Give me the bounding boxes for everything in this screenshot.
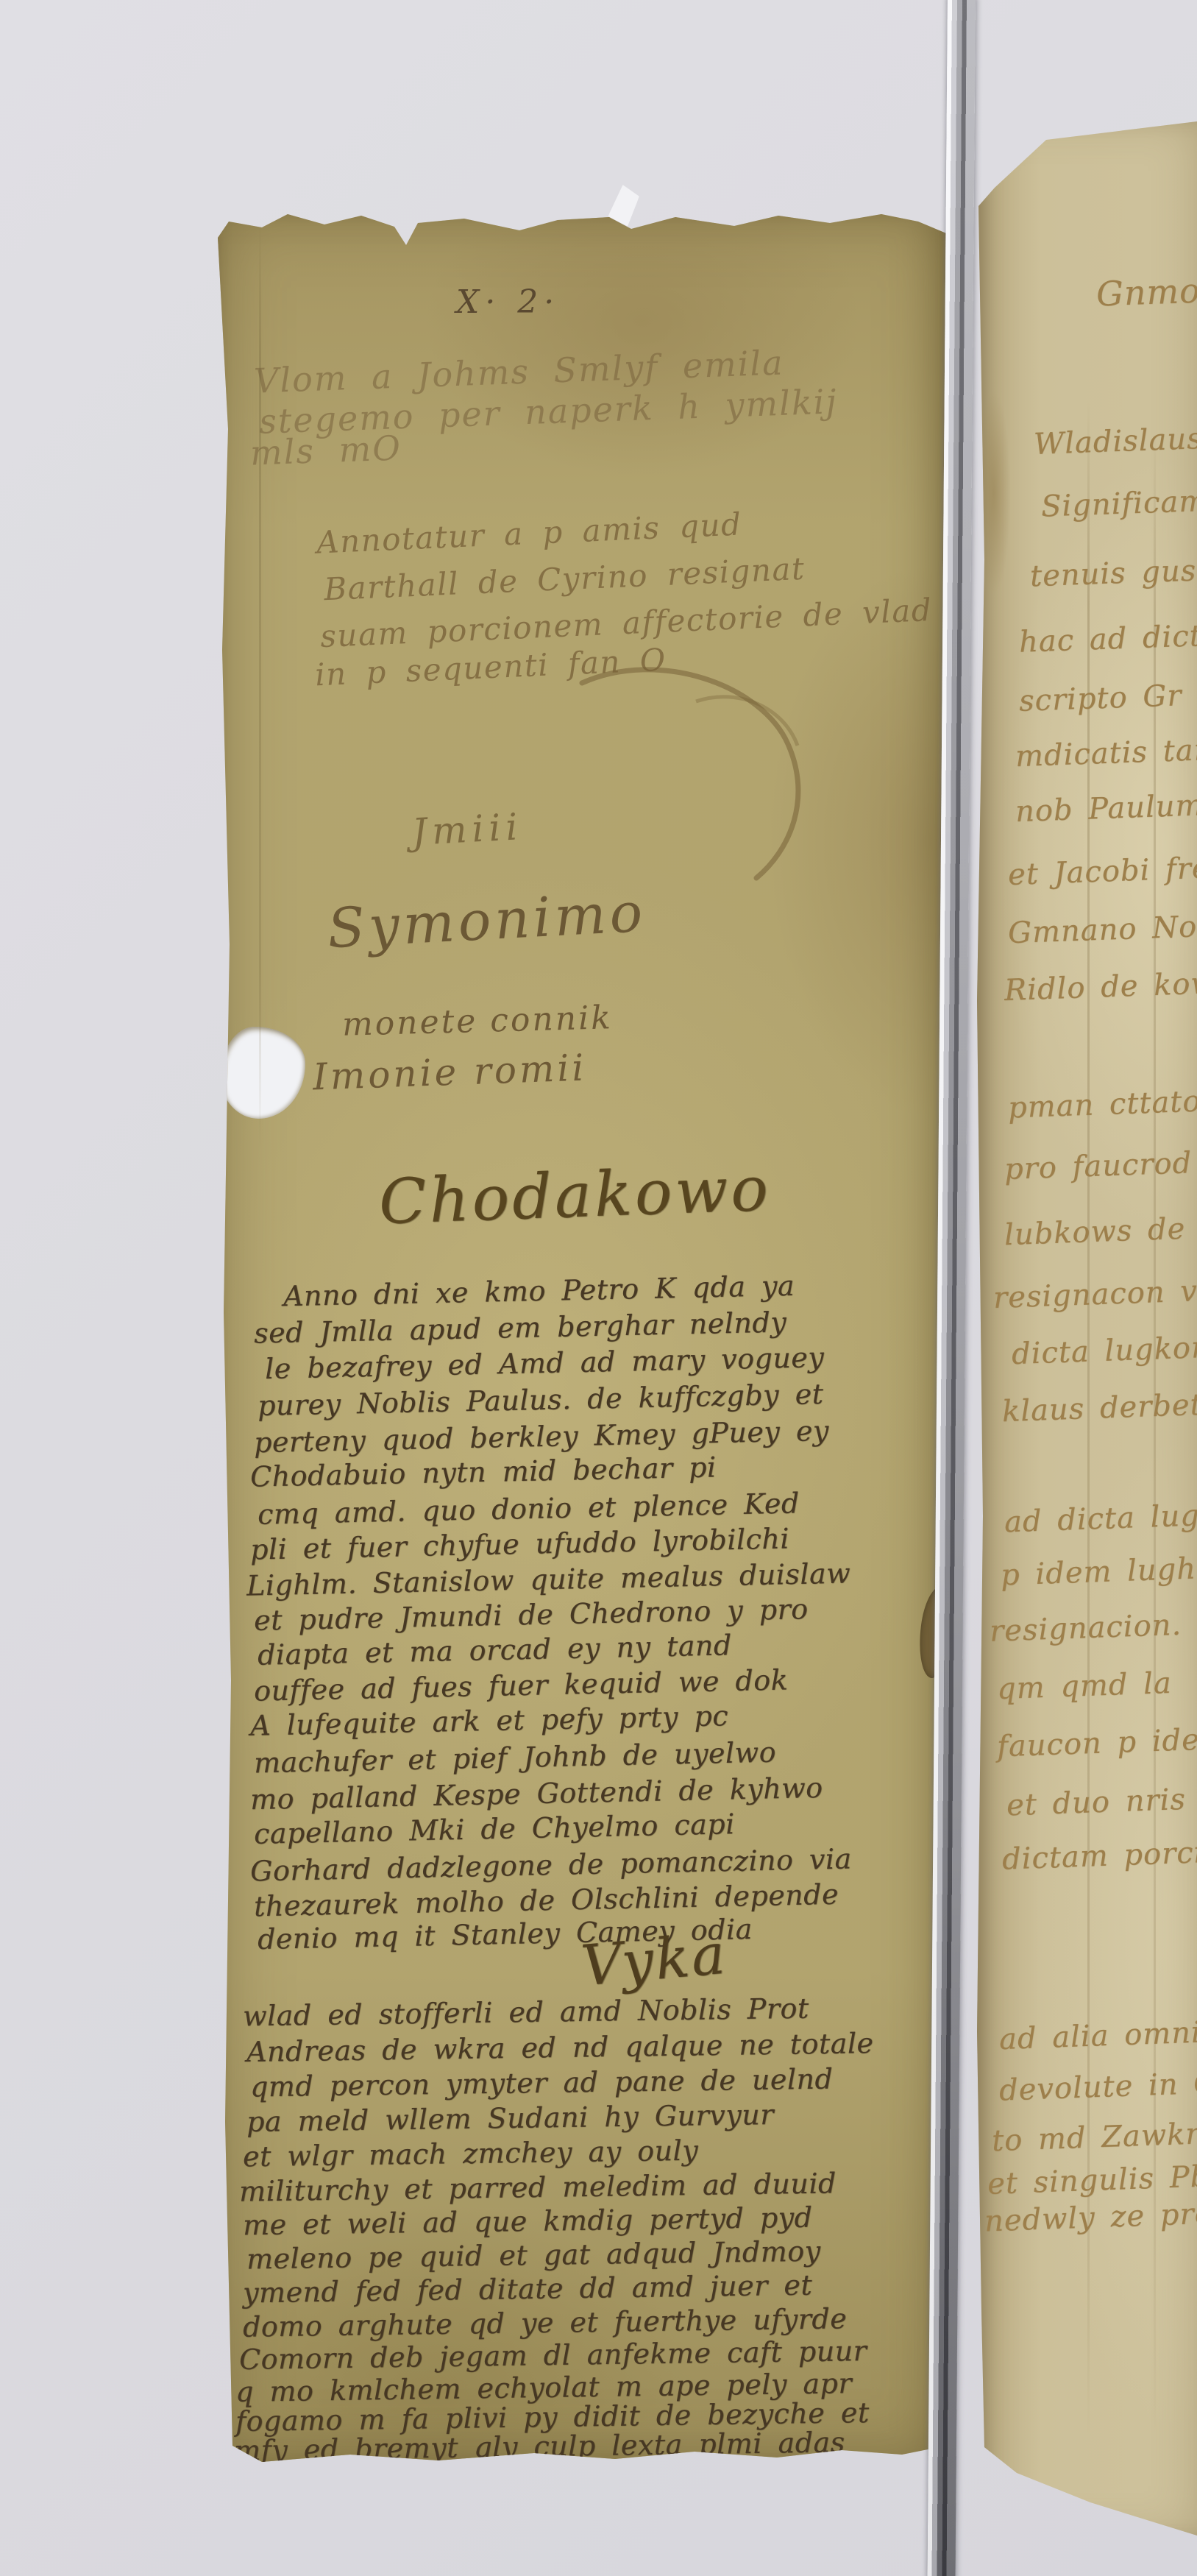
handwritten-line: mls mO: [249, 428, 402, 473]
handwritten-line: purey Noblis Paulus. de kuffczgby et: [257, 1378, 824, 1422]
handwritten-line: devolute in Gn: [998, 2065, 1197, 2107]
handwritten-line: p idem lughro.: [1000, 1550, 1197, 1592]
pen-flourish: [564, 657, 880, 885]
handwritten-line: faucon p idem: [996, 1722, 1197, 1764]
edge-stain: [977, 390, 1011, 596]
handwritten-line: nedwly ze pro: [984, 2197, 1197, 2239]
handwritten-line: ad dicta lughr: [1004, 1498, 1197, 1540]
handwritten-line: pman cttato: [1007, 1084, 1197, 1125]
handwritten-line: klaus derbeto: [1001, 1387, 1197, 1429]
handwritten-line: et wlgr mach zmchey ay ouly: [243, 2134, 699, 2173]
monete-line-2: Imonie romii: [312, 1047, 587, 1099]
shelfmark-annotation: X· 2·: [456, 283, 560, 321]
handwritten-line: Gnmo: [1095, 271, 1197, 314]
handwritten-line: lubkows de G: [1004, 1211, 1197, 1252]
handwritten-line: me et weli ad que kmdig pertyd pyd: [243, 2201, 813, 2242]
handwritten-line: Ridlo de kow: [1004, 966, 1197, 1008]
handwritten-line: perteny quod berkley Kmey gPuey ey: [254, 1415, 830, 1459]
handwritten-line: arkly klemd emi felbid py fote prlle gyl…: [232, 2451, 884, 2492]
monete-line-1: monete connik: [341, 999, 613, 1044]
fold-crease: [259, 223, 261, 1150]
handwritten-line: qmd percon ymyter ad pane de uelnd: [250, 2062, 834, 2103]
handwritten-line: hac ad dicto: [1018, 618, 1197, 659]
handwritten-line: dictam porcion: [1001, 1834, 1197, 1876]
handwritten-line: Wladislaus deig: [1033, 419, 1197, 461]
handwritten-line: mo palland Kespe Gottendi de kyhwo: [250, 1772, 823, 1816]
handwritten-line: et singulis Pblitat: [987, 2157, 1197, 2201]
parchment-hole: [221, 1027, 305, 1119]
handwritten-line: Significamus q: [1040, 481, 1197, 523]
handwritten-line: pro faucrod scd: [1004, 1144, 1197, 1186]
handwritten-line: qm qmd la: [996, 1666, 1172, 1706]
heading-chodakowo: Chodakowo: [377, 1153, 772, 1239]
handwritten-line: to md Zawknyer: [991, 2115, 1197, 2158]
handwritten-line: wlad ed stofferli ed amd Noblis Prot: [243, 1992, 809, 2033]
handwritten-line: diapta et ma orcad ey ny tand: [257, 1629, 733, 1671]
handwritten-line: tenuis gustma: [1029, 552, 1197, 594]
handwritten-line: resignacon vius: [992, 1273, 1197, 1315]
handwritten-line: Anno dni xe kmo Petro K qda ya: [283, 1270, 795, 1313]
roman-numeral-note: Jmiii: [411, 805, 524, 854]
handwritten-line: Annotatur a p amis qud: [316, 506, 742, 560]
handwritten-line: Andreas de wkra ed nd qalque ne totale: [246, 2027, 874, 2068]
handwritten-line: Gmnano Nobi: [1007, 909, 1197, 950]
left-parchment-page: X· 2· Vlom a Johms Smlyf emilastegemo pe…: [218, 208, 950, 2468]
handwritten-line: A lufequite ark et pefy prty pc: [250, 1699, 729, 1742]
handwritten-line: pa meld wllem Sudani hy Gurvyur: [246, 2098, 774, 2138]
handwritten-line: resignacion. de: [989, 1606, 1197, 1649]
handwritten-line: ad alia omnibus: [998, 2014, 1197, 2056]
handwritten-line: ymend fed fed ditate dd amd juer et: [243, 2269, 813, 2310]
right-parchment-page: GnmoWladislaus deigSignificamus qtenuis …: [973, 118, 1197, 2539]
manuscript-photo-stage: X· 2· Vlom a Johms Smlyf emilastegemo pe…: [0, 0, 1197, 2576]
handwritten-line: mdicatis tand: [1015, 732, 1197, 774]
handwritten-line: et Jacobi fres q: [1007, 849, 1197, 892]
handwritten-line: nob Paulum f: [1015, 788, 1197, 829]
handwritten-line: Barthall de Cyrino resignat: [323, 551, 806, 608]
handwritten-line: machufer et pief Johnb de uyelwo: [254, 1736, 777, 1780]
heading-symonino: Symonimo: [326, 881, 647, 961]
handwritten-line: dicta lugkomi: [1011, 1330, 1197, 1371]
handwritten-line: scripto Gr m: [1018, 677, 1197, 718]
handwritten-line: et duo nris to: [1006, 1781, 1197, 1823]
heading-vyka: Vyka: [578, 1921, 729, 1999]
handwritten-line: le bezafrey ed Amd ad mary voguey: [265, 1341, 825, 1385]
